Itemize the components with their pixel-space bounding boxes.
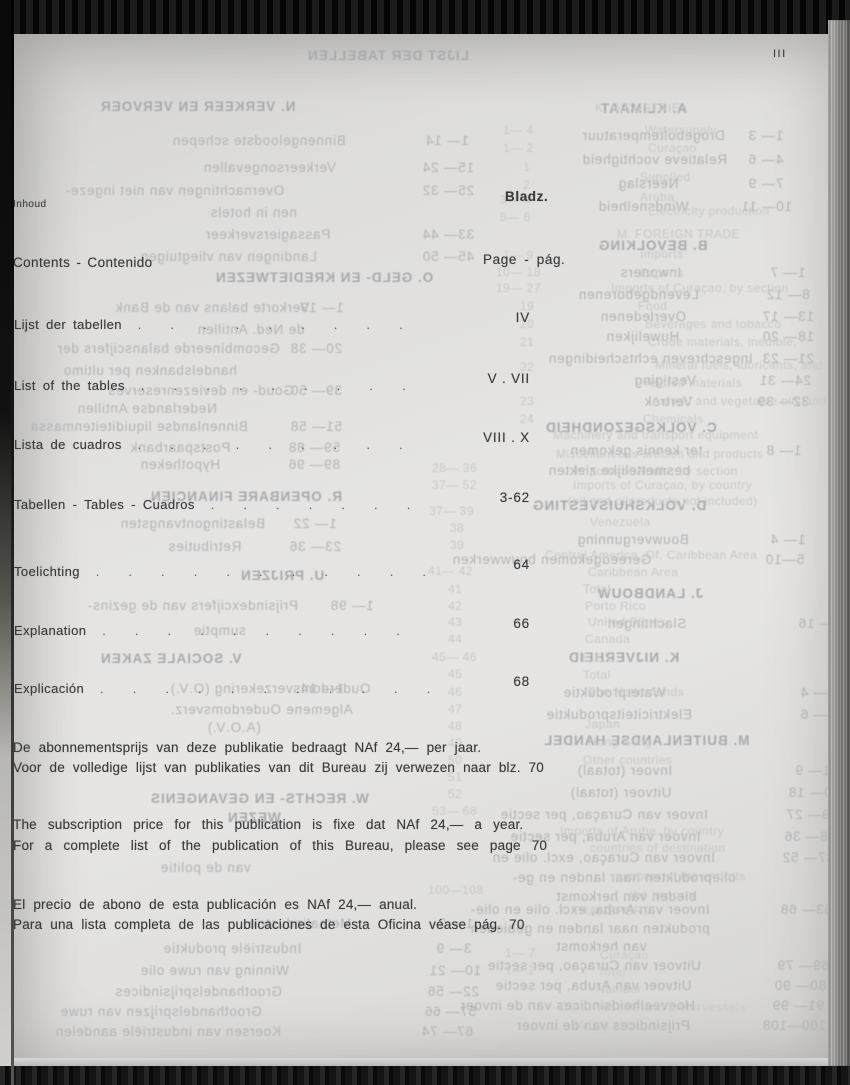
subscription-note-english-line2: For a complete list of the publication o… [13, 838, 547, 853]
page-number: III [773, 48, 787, 60]
subscription-note-english-line1: The subscription price for this publicat… [13, 817, 523, 832]
toc-row-explanation: Explanation 66 [14, 623, 530, 638]
toc-page-ref: 64 [472, 557, 530, 572]
toc-label: Lista de cuadros [14, 437, 122, 452]
subscription-note-dutch-line1: De abonnementsprijs van deze publikatie … [13, 740, 481, 755]
page-content: III Inhoud Bladz. Contents - Contenido P… [0, 0, 850, 1085]
toc-row-lista-de-cuadros: Lista de cuadros VIII . X [14, 437, 530, 452]
bladz-label: Bladz. [505, 189, 548, 204]
photo-background-bottom [0, 1066, 850, 1085]
book-fore-edge [828, 20, 850, 1066]
subscription-note-dutch-line2: Voor de volledige lijst van publikaties … [13, 760, 544, 775]
dot-leader [100, 682, 430, 696]
dot-leader [211, 498, 430, 512]
page-stack-streaks [828, 20, 850, 1066]
toc-page-ref: V . VII [472, 371, 530, 386]
toc-page-ref: 66 [472, 616, 530, 631]
dot-leader [141, 379, 430, 393]
inhoud-label: Inhoud [13, 199, 47, 210]
toc-page-ref: 3-62 [472, 490, 530, 505]
toc-label: Explicación [14, 681, 84, 696]
page-gutter-edge [11, 0, 14, 1085]
toc-row-explicacion: Explicación 68 [14, 681, 530, 696]
scanned-book-photo: LIJST DER TABELLENN. VERKEER EN VERVOERB… [0, 0, 850, 1085]
contents-contenido-label: Contents - Contenido [13, 255, 153, 270]
dot-leader [96, 565, 430, 579]
dot-leader [102, 624, 430, 638]
toc-row-list-of-tables: List of the tables V . VII [14, 378, 530, 393]
toc-row-lijst-der-tabellen: Lijst der tabellen IV [14, 317, 530, 332]
page-bottom-edge [12, 1058, 828, 1066]
toc-label: Explanation [14, 623, 86, 638]
subscription-note-spanish-line1: El precio de abono de esta publicación e… [13, 897, 417, 912]
toc-page-ref: IV [472, 310, 530, 325]
toc-label: List of the tables [14, 378, 125, 393]
dot-leader [138, 318, 430, 332]
toc-page-ref: 68 [472, 674, 530, 689]
toc-label: Lijst der tabellen [14, 317, 122, 332]
toc-page-ref: VIII . X [472, 430, 530, 445]
toc-label: Toelichting [14, 564, 80, 579]
photo-background-top [0, 0, 850, 34]
dot-leader [138, 438, 430, 452]
toc-row-tabellen-tables-cuadros: Tabellen - Tables - Cuadros 3-62 [14, 497, 530, 512]
toc-row-toelichting: Toelichting 64 [14, 564, 530, 579]
toc-label: Tabellen - Tables - Cuadros [14, 497, 195, 512]
subscription-note-spanish-line2: Para una lista completa de las publicaci… [13, 917, 525, 932]
page-pag-label: Page - pág. [483, 252, 565, 267]
